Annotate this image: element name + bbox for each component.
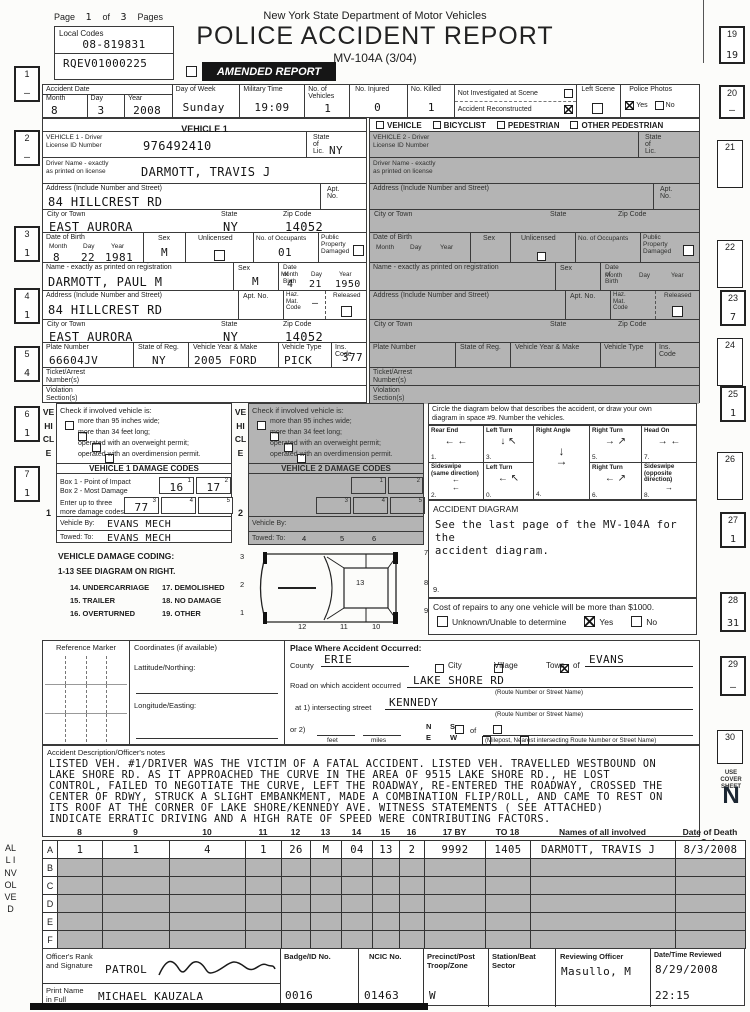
diagram-right-turn-bottom: Right Turn← ↗6. [590, 463, 642, 500]
involved-empty-cell [311, 877, 342, 895]
description-box: Accident Description/Officer's notes LIS… [42, 745, 700, 837]
reference-marker-box: Reference Marker [42, 640, 130, 745]
vehicle2-vertical-label: VEHICLE [234, 406, 247, 460]
v1-state: NY [223, 220, 238, 234]
v1-hazmat-code: – [312, 298, 318, 309]
num-vehicles-cell: No. of Vehicles1 [305, 85, 350, 117]
v2-regname-row: Name - exactly as printed on registratio… [370, 263, 699, 291]
coordinates-box: Coordinates (if available) Lattitude/Nor… [130, 640, 285, 745]
involved-empty-cell [246, 913, 282, 931]
v1-vehicle-type: PICK [284, 354, 312, 367]
margin-box-left-4: 41 [14, 288, 40, 324]
involved-empty-cell [170, 877, 246, 895]
vehicle-damage-diagram-icon [250, 544, 418, 632]
involved-empty-cell [676, 913, 746, 931]
involved-empty-cell [486, 895, 531, 913]
margin-box-left-7: 71 [14, 466, 40, 502]
not-investigated-checkbox [564, 89, 573, 98]
involved-empty-cell [103, 877, 170, 895]
left-turn-arrows-icon: ↓ ↖ [484, 437, 533, 447]
local-code-2: RQEV01000225 [63, 57, 147, 70]
involved-empty-cell [58, 895, 103, 913]
v1-dob-row: Date of Birth Month Day Year 8 22 1981 S… [43, 233, 366, 263]
margin-box-left-3: 31 [14, 226, 40, 262]
pages-word: Pages [137, 12, 163, 22]
v1-license-id: 976492410 [143, 139, 212, 153]
involved-empty-cell [170, 931, 246, 949]
involved-empty-cell [282, 913, 311, 931]
police-photos-cell: Police Photos YesNo [621, 85, 699, 117]
margin-box-30: 30 [717, 730, 743, 764]
type-other-pedestrian-checkbox [570, 121, 578, 129]
amended-report-label: AMENDED REPORT [217, 66, 321, 78]
involved-empty-cell [342, 895, 373, 913]
vehicle2-check-box: Check if involved vehicle is: more than … [248, 403, 424, 545]
vehicle2-type-row: VEHICLE BICYCLIST PEDESTRIAN OTHER PEDES… [370, 119, 699, 132]
car-num-2: 2 [240, 580, 244, 589]
margin-box-29: 29– [720, 656, 746, 696]
car-num-8: 8 [424, 578, 428, 587]
diagram-right-angle: Right Angle↓ →4. [534, 426, 590, 500]
involved-empty-cell [373, 877, 400, 895]
involved-empty-cell [425, 859, 486, 877]
involved-empty-cell [58, 877, 103, 895]
investigation-cell: Not Investigated at Scene Accident Recon… [455, 85, 578, 117]
num-killed-cell: No. Killed1 [408, 85, 455, 117]
page-word: Page [54, 12, 75, 22]
involved-empty-cell [342, 931, 373, 949]
type-bicyclist-checkbox [433, 121, 441, 129]
v2-violation-row: Violation Section(s) [370, 386, 699, 404]
v2-damage-codes-title: VEHICLE 2 DAMAGE CODES [249, 463, 423, 474]
officer-rank: PATROL [105, 963, 147, 976]
involved-empty-cell [676, 877, 746, 895]
v1-towed-by: EVANS MECH [107, 519, 171, 530]
v1-registrant-zip: 14052 [285, 330, 323, 344]
involved-empty-cell [373, 859, 400, 877]
datetime-reviewed-cell: Date/Time Reviewed 8/29/2008 22:15 [651, 949, 746, 1007]
road-label: Road on which accident occurred [290, 681, 401, 690]
v1-reg-state: NY [152, 354, 166, 367]
right-turn-arrows-icon: → ↗ [590, 437, 641, 447]
intersect-label: at 1) intersecting street [295, 703, 371, 712]
accident-year: 2008 [133, 104, 161, 117]
damage-box-3: 377 [124, 497, 159, 514]
accident-summary-row: Accident Date Month8 Day3 Year2008 Day o… [42, 84, 700, 118]
accident-diagram-box: ACCIDENT DIAGRAM See the last page of th… [428, 500, 697, 598]
pages-total: 3 [121, 12, 127, 23]
v1-regcity-row: City or Town EAST AURORA State NY Zip Co… [43, 320, 366, 343]
involved-empty-cell [342, 877, 373, 895]
involved-empty-cell [425, 931, 486, 949]
damage-box-5: 5 [198, 497, 233, 514]
vehicle2-vertical-number: 2 [238, 508, 243, 518]
involved-row-letter: D [43, 895, 58, 913]
type-pedestrian-checkbox [497, 121, 505, 129]
involved-empty-cell [531, 931, 676, 949]
margin-val: – [24, 88, 30, 99]
car-num-12: 12 [298, 622, 306, 631]
reviewed-time: 22:15 [655, 989, 690, 1002]
involved-empty-cell [373, 895, 400, 913]
involved-empty-cell [282, 931, 311, 949]
vehicle1-vertical-label: VEHICLE [42, 406, 55, 460]
involved-row: F [43, 931, 746, 949]
involved-empty-cell [531, 895, 676, 913]
involved-empty-cell [311, 913, 342, 931]
v1-plate-row: Plate Number 66604JV State of Reg.NY Veh… [43, 343, 366, 368]
military-time-cell: Military Time19:09 [240, 85, 305, 117]
type-vehicle-checkbox [376, 121, 384, 129]
form-title-block: New York State Department of Motor Vehic… [180, 10, 570, 65]
cover-sheet-n-marker: N [716, 782, 746, 810]
involved-empty-cell [246, 931, 282, 949]
v1-ticket-row: Ticket/Arrest Number(s) [43, 368, 366, 386]
car-num-7: 7 [424, 548, 428, 557]
diagram-right-turn-top: Right Turn→ ↗5. [590, 426, 642, 463]
accident-day: 3 [98, 104, 105, 117]
v2-damage-box-2: 2 [388, 477, 423, 494]
sideswipe-opp-arrows-icon: ← → [642, 476, 696, 492]
officer-print-name: MICHAEL KAUZALA [98, 990, 203, 1003]
v2-city-row: City or Town State Zip Code [370, 210, 699, 233]
margin-box-28: 2831 [720, 592, 746, 632]
city-checkbox [435, 664, 444, 673]
police-accident-report-page: 1– 2– 31 41 54 61 71 1919 20– 21 22 237 … [0, 0, 750, 1012]
involved-empty-cell [400, 877, 425, 895]
involved-row: E [43, 913, 746, 931]
v1-license-row: VEHICLE 1 - Driver License ID Number 976… [43, 132, 366, 158]
involved-empty-cell [425, 913, 486, 931]
v2-unlicensed-checkbox [537, 252, 546, 261]
margin-box-27: 271 [720, 512, 746, 548]
day-of-week-cell: Day of WeekSunday [173, 85, 241, 117]
car-num-1: 1 [240, 608, 244, 617]
place-label: Place Where Accident Occurred: [290, 643, 421, 653]
margin-box-19: 1919 [719, 26, 745, 64]
intersect-value: KENNEDY [385, 696, 693, 710]
involved-empty-cell [676, 859, 746, 877]
v2-damage-box-1: 1 [351, 477, 386, 494]
v1-license-state: NY [329, 144, 343, 157]
damage-box-1: 116 [159, 477, 194, 494]
diagram-rear-end: Rear End← ←1. [429, 426, 484, 463]
diagram-head-on: Head On→ ←7. [642, 426, 696, 463]
left-scene-cell: Left Scene [577, 85, 621, 117]
involved-empty-cell [170, 859, 246, 877]
involved-empty-cell [486, 913, 531, 931]
involved-empty-cell [311, 895, 342, 913]
sideswipe-same-arrows-icon: ← ← [429, 476, 483, 492]
right-turn2-arrows-icon: ← ↗ [590, 474, 641, 484]
page-edge-mark [703, 0, 704, 63]
v2-damage-box-3: 3 [316, 497, 351, 514]
involved-empty-cell [103, 859, 170, 877]
car-num-4: 4 [302, 534, 306, 543]
involved-empty-cell [425, 895, 486, 913]
involved-empty-cell [282, 877, 311, 895]
margin-box-24: 24 [717, 338, 743, 386]
v1-city-row: City or Town EAST AURORA State NY Zip Co… [43, 210, 366, 233]
involved-empty-cell [342, 859, 373, 877]
accident-month: 8 [51, 104, 58, 117]
v1-sex: M [161, 246, 168, 259]
involved-row-a: A 1 1 4 1 26 M 04 13 2 9992 1405 DARMOTT… [43, 841, 746, 859]
margin-num: 1 [24, 69, 29, 79]
v2-damage-box-5: 5 [390, 497, 425, 514]
reconstructed-label: Accident Reconstructed [458, 106, 561, 113]
diagram-sideswipe-same: Sideswipe (same direction)← ←2. [429, 463, 484, 500]
involved-empty-cell [676, 895, 746, 913]
v1-most-damage-code: 17 [197, 481, 230, 494]
v2-damage-box-4: 4 [353, 497, 388, 514]
margin-box-25: 251 [720, 386, 746, 422]
latitude-line [136, 693, 278, 694]
involved-row-letter: E [43, 913, 58, 931]
reconstructed-checkbox [564, 105, 573, 114]
v1-damage-codes-title: VEHICLE 1 DAMAGE CODES [57, 463, 231, 474]
v1-damage-code-3: 77 [125, 501, 158, 514]
involved-empty-cell [58, 913, 103, 931]
v1-registrant-dob-year: 1950 [335, 279, 361, 290]
place-box: Place Where Accident Occurred: County ER… [285, 640, 700, 745]
num-vehicles: 1 [324, 102, 331, 115]
margin-box-left-2: 2– [14, 130, 40, 166]
involved-row: D [43, 895, 746, 913]
involved-header-row: 8 9 10 11 12 13 14 15 16 17 BY TO 18 Nam… [42, 827, 745, 839]
margin-box-left-5: 54 [14, 346, 40, 382]
num-injured: 0 [374, 101, 381, 114]
dir-s-checkbox [493, 725, 502, 734]
photos-yes-checkbox [625, 101, 634, 110]
involved-row-letter: C [43, 877, 58, 895]
day-of-week: Sunday [183, 101, 225, 114]
of-word: of [102, 12, 110, 22]
cost-of-repairs-box: Cost of repairs to any one vehicle will … [428, 598, 697, 635]
municipality-value: EVANS [585, 653, 693, 667]
involved-empty-cell [486, 931, 531, 949]
space-nine-label: 9. [433, 585, 439, 594]
v1-plate-number: 66604JV [49, 354, 98, 367]
v1-address-row: Address (Include Number and Street) 84 H… [43, 184, 366, 210]
damage-coding-subtitle: 1-13 SEE DIAGRAM ON RIGHT. [58, 567, 175, 576]
damage-box-4: 4 [161, 497, 196, 514]
margin-box-20: 20– [719, 85, 745, 119]
margin-box-left-1: 1– [14, 66, 40, 102]
involved-empty-cell [400, 895, 425, 913]
involved-empty-cell [282, 859, 311, 877]
v1-regname-row: Name - exactly as printed on registratio… [43, 263, 366, 291]
station-cell: Station/Beat Sector [489, 949, 556, 1007]
amended-report-checkbox [186, 66, 197, 77]
v1-registrant-dob-month: 4 [287, 279, 293, 290]
v2-wide-checkbox [257, 421, 266, 430]
reviewing-officer: Masullo, M [561, 965, 631, 978]
involved-empty-cell [486, 877, 531, 895]
involved-empty-cell [103, 913, 170, 931]
num-injured-cell: No. Injured0 [350, 85, 408, 117]
involved-empty-cell [246, 895, 282, 913]
vehicle1-vertical-number: 1 [46, 508, 51, 518]
longitude-label: Longitude/Easting: [134, 701, 196, 710]
v2-plate-row: Plate Number State of Reg. Vehicle Year … [370, 343, 699, 368]
v1-year-make: 2005 FORD [194, 354, 257, 367]
involved-empty-cell [400, 931, 425, 949]
car-num-3: 3 [240, 552, 244, 561]
involved-empty-cell [531, 859, 676, 877]
damage-coding-title: VEHICLE DAMAGE CODING: [58, 551, 174, 561]
v1-towed-to: EVANS MECH [107, 533, 171, 544]
ncic-cell: NCIC No. 01463 [359, 949, 424, 1007]
cost-no-checkbox [631, 616, 642, 627]
v1-driver-name: DARMOTT, TRAVIS J [141, 165, 271, 179]
v1-regaddr-row: Address (Include Number and Street) 84 H… [43, 291, 366, 320]
v2-regaddr-row: Address (Include Number and Street) Apt.… [370, 291, 699, 320]
v1-occupants: 01 [278, 246, 292, 259]
v2-license-row: VEHICLE 2 - Driver License ID Number Sta… [370, 132, 699, 158]
car-num-13: 13 [356, 578, 364, 587]
involved-empty-cell [676, 931, 746, 949]
involved-empty-cell [170, 913, 246, 931]
v2-ticket-row: Ticket/Arrest Number(s) [370, 368, 699, 386]
v1-ppd-checkbox [353, 245, 364, 256]
page-number: 1 [86, 12, 92, 23]
v1-registrant-sex: M [252, 275, 259, 288]
v2-released-checkbox [672, 306, 683, 317]
description-label: Accident Description/Officer's notes [47, 748, 165, 757]
involved-row-letter: F [43, 931, 58, 949]
vehicle1-header: VEHICLE 1 [43, 119, 366, 132]
involved-empty-cell [103, 895, 170, 913]
accident-diagram-label: ACCIDENT DIAGRAM [433, 504, 518, 514]
car-num-6: 6 [372, 534, 376, 543]
amended-report-banner: AMENDED REPORT [202, 62, 336, 81]
diagram-left-turn-top: Left Turn↓ ↖3. [484, 426, 534, 463]
accident-date-cell: Accident Date Month8 Day3 Year2008 [43, 85, 173, 117]
accident-diagram-note: See the last page of the MV-104A for the… [435, 519, 696, 558]
photos-no-checkbox [655, 101, 664, 110]
v1-violation-row: Violation Section(s) [43, 386, 366, 404]
local-code-1: 08-819831 [55, 38, 173, 51]
v1-ins-code: 377 [342, 351, 363, 364]
involved-row: B [43, 859, 746, 877]
all-involved-vertical-label: ALL INVOLVED [4, 842, 17, 916]
v2-address-row: Address (Include Number and Street) Apt.… [370, 184, 699, 210]
involved-empty-cell [486, 859, 531, 877]
road-value: LAKE SHORE RD [407, 674, 693, 688]
vehicle1-check-box: Check if involved vehicle is: more than … [56, 403, 232, 543]
reviewing-officer-cell: Reviewing Officer Masullo, M [556, 949, 651, 1007]
precinct-value: W [429, 989, 436, 1002]
involved-empty-cell [170, 895, 246, 913]
diagram-instruction: Circle the diagram below that describes … [428, 403, 697, 425]
v1-registrant-address: 84 HILLCREST RD [48, 303, 162, 317]
involved-empty-cell [103, 931, 170, 949]
reviewed-date: 8/29/2008 [655, 963, 718, 976]
left-turn2-arrows-icon: ← ↖ [484, 474, 533, 484]
car-num-5: 5 [340, 534, 344, 543]
description-text: LISTED VEH. #1/DRIVER WAS THE VICTIM OF … [49, 759, 695, 825]
involved-empty-cell [311, 931, 342, 949]
damage-box-2: 217 [196, 477, 231, 494]
ncic-number: 01463 [364, 989, 399, 1002]
reference-marker-label: Reference Marker [43, 641, 129, 652]
v1-registrant-dob-day: 21 [309, 279, 322, 290]
scan-edge-bar [30, 1003, 428, 1010]
local-codes-label: Local Codes [55, 27, 173, 38]
longitude-line [136, 738, 278, 739]
accident-date-label: Accident Date [46, 86, 90, 93]
involved-empty-cell [311, 859, 342, 877]
v1-unlicensed-checkbox [214, 250, 225, 261]
vehicle2-section: VEHICLE BICYCLIST PEDESTRIAN OTHER PEDES… [369, 118, 700, 403]
involved-empty-cell [246, 877, 282, 895]
vehicle1-section: VEHICLE 1 VEHICLE 1 - Driver License ID … [42, 118, 367, 403]
v2-regcity-row: City or Town State Zip Code [370, 320, 699, 343]
not-investigated-label: Not Investigated at Scene [458, 90, 561, 97]
v1-registrant-name: DARMOTT, PAUL M [48, 275, 162, 289]
agency-name: New York State Department of Motor Vehic… [180, 10, 570, 22]
v2-ppd-checkbox [683, 245, 694, 256]
right-angle-arrows-icon: ↓ → [534, 446, 589, 466]
v1-address: 84 HILLCREST RD [48, 195, 162, 209]
badge-number: 0016 [285, 989, 313, 1002]
margin-box-22: 22 [717, 240, 743, 288]
involved-empty-cell [425, 877, 486, 895]
involved-empty-cell [531, 877, 676, 895]
diagram-grid: Rear End← ←1. Left Turn↓ ↖3. Right Angle… [428, 425, 697, 500]
num-killed: 1 [428, 101, 435, 114]
head-on-arrows-icon: → ← [642, 437, 696, 447]
involved-row-letter: B [43, 859, 58, 877]
v1-registrant-city: EAST AURORA [49, 330, 133, 344]
page-count-line: Page 1 of 3 Pages [54, 12, 163, 23]
involved-empty-cell [246, 859, 282, 877]
involved-empty-cell [373, 931, 400, 949]
car-num-10: 10 [372, 622, 380, 631]
involved-empty-cell [342, 913, 373, 931]
margin-box-left-6: 61 [14, 406, 40, 442]
diagram-left-turn-bottom: Left Turn← ↖0. [484, 463, 534, 500]
officer-section: Officer's Rank and Signature PATROL Prin… [42, 948, 745, 1006]
margin-box-21: 21 [717, 140, 743, 188]
v1-impact-code: 16 [160, 481, 193, 494]
death-date: 8/3/2008 [676, 841, 746, 859]
cost-label: Cost of repairs to any one vehicle will … [433, 602, 654, 612]
local-codes-box: Local Codes 08-819831 RQEV01000225 [54, 26, 174, 80]
involved-name: DARMOTT, TRAVIS J [531, 841, 676, 859]
military-time: 19:09 [254, 101, 289, 114]
involved-empty-cell [58, 931, 103, 949]
involved-empty-cell [282, 895, 311, 913]
form-title: POLICE ACCIDENT REPORT [180, 22, 570, 51]
involved-empty-cell [400, 859, 425, 877]
cost-unknown-checkbox [437, 616, 448, 627]
involved-row: C [43, 877, 746, 895]
officer-signature [155, 951, 277, 983]
cost-yes-checkbox [584, 616, 595, 627]
v1-zip: 14052 [285, 220, 323, 234]
car-num-9: 9 [424, 606, 428, 615]
badge-cell: Badge/ID No. 0016 [281, 949, 359, 1007]
involved-empty-cell [58, 859, 103, 877]
latitude-label: Lattitude/Northing: [134, 663, 195, 672]
v1-city: EAST AURORA [49, 220, 133, 234]
v1-driver-row: Driver Name - exactly as printed on lice… [43, 158, 366, 184]
involved-table: A 1 1 4 1 26 M 04 13 2 9992 1405 DARMOTT… [42, 840, 746, 949]
margin-box-23: 237 [720, 290, 746, 326]
v1-wide-checkbox [65, 421, 74, 430]
